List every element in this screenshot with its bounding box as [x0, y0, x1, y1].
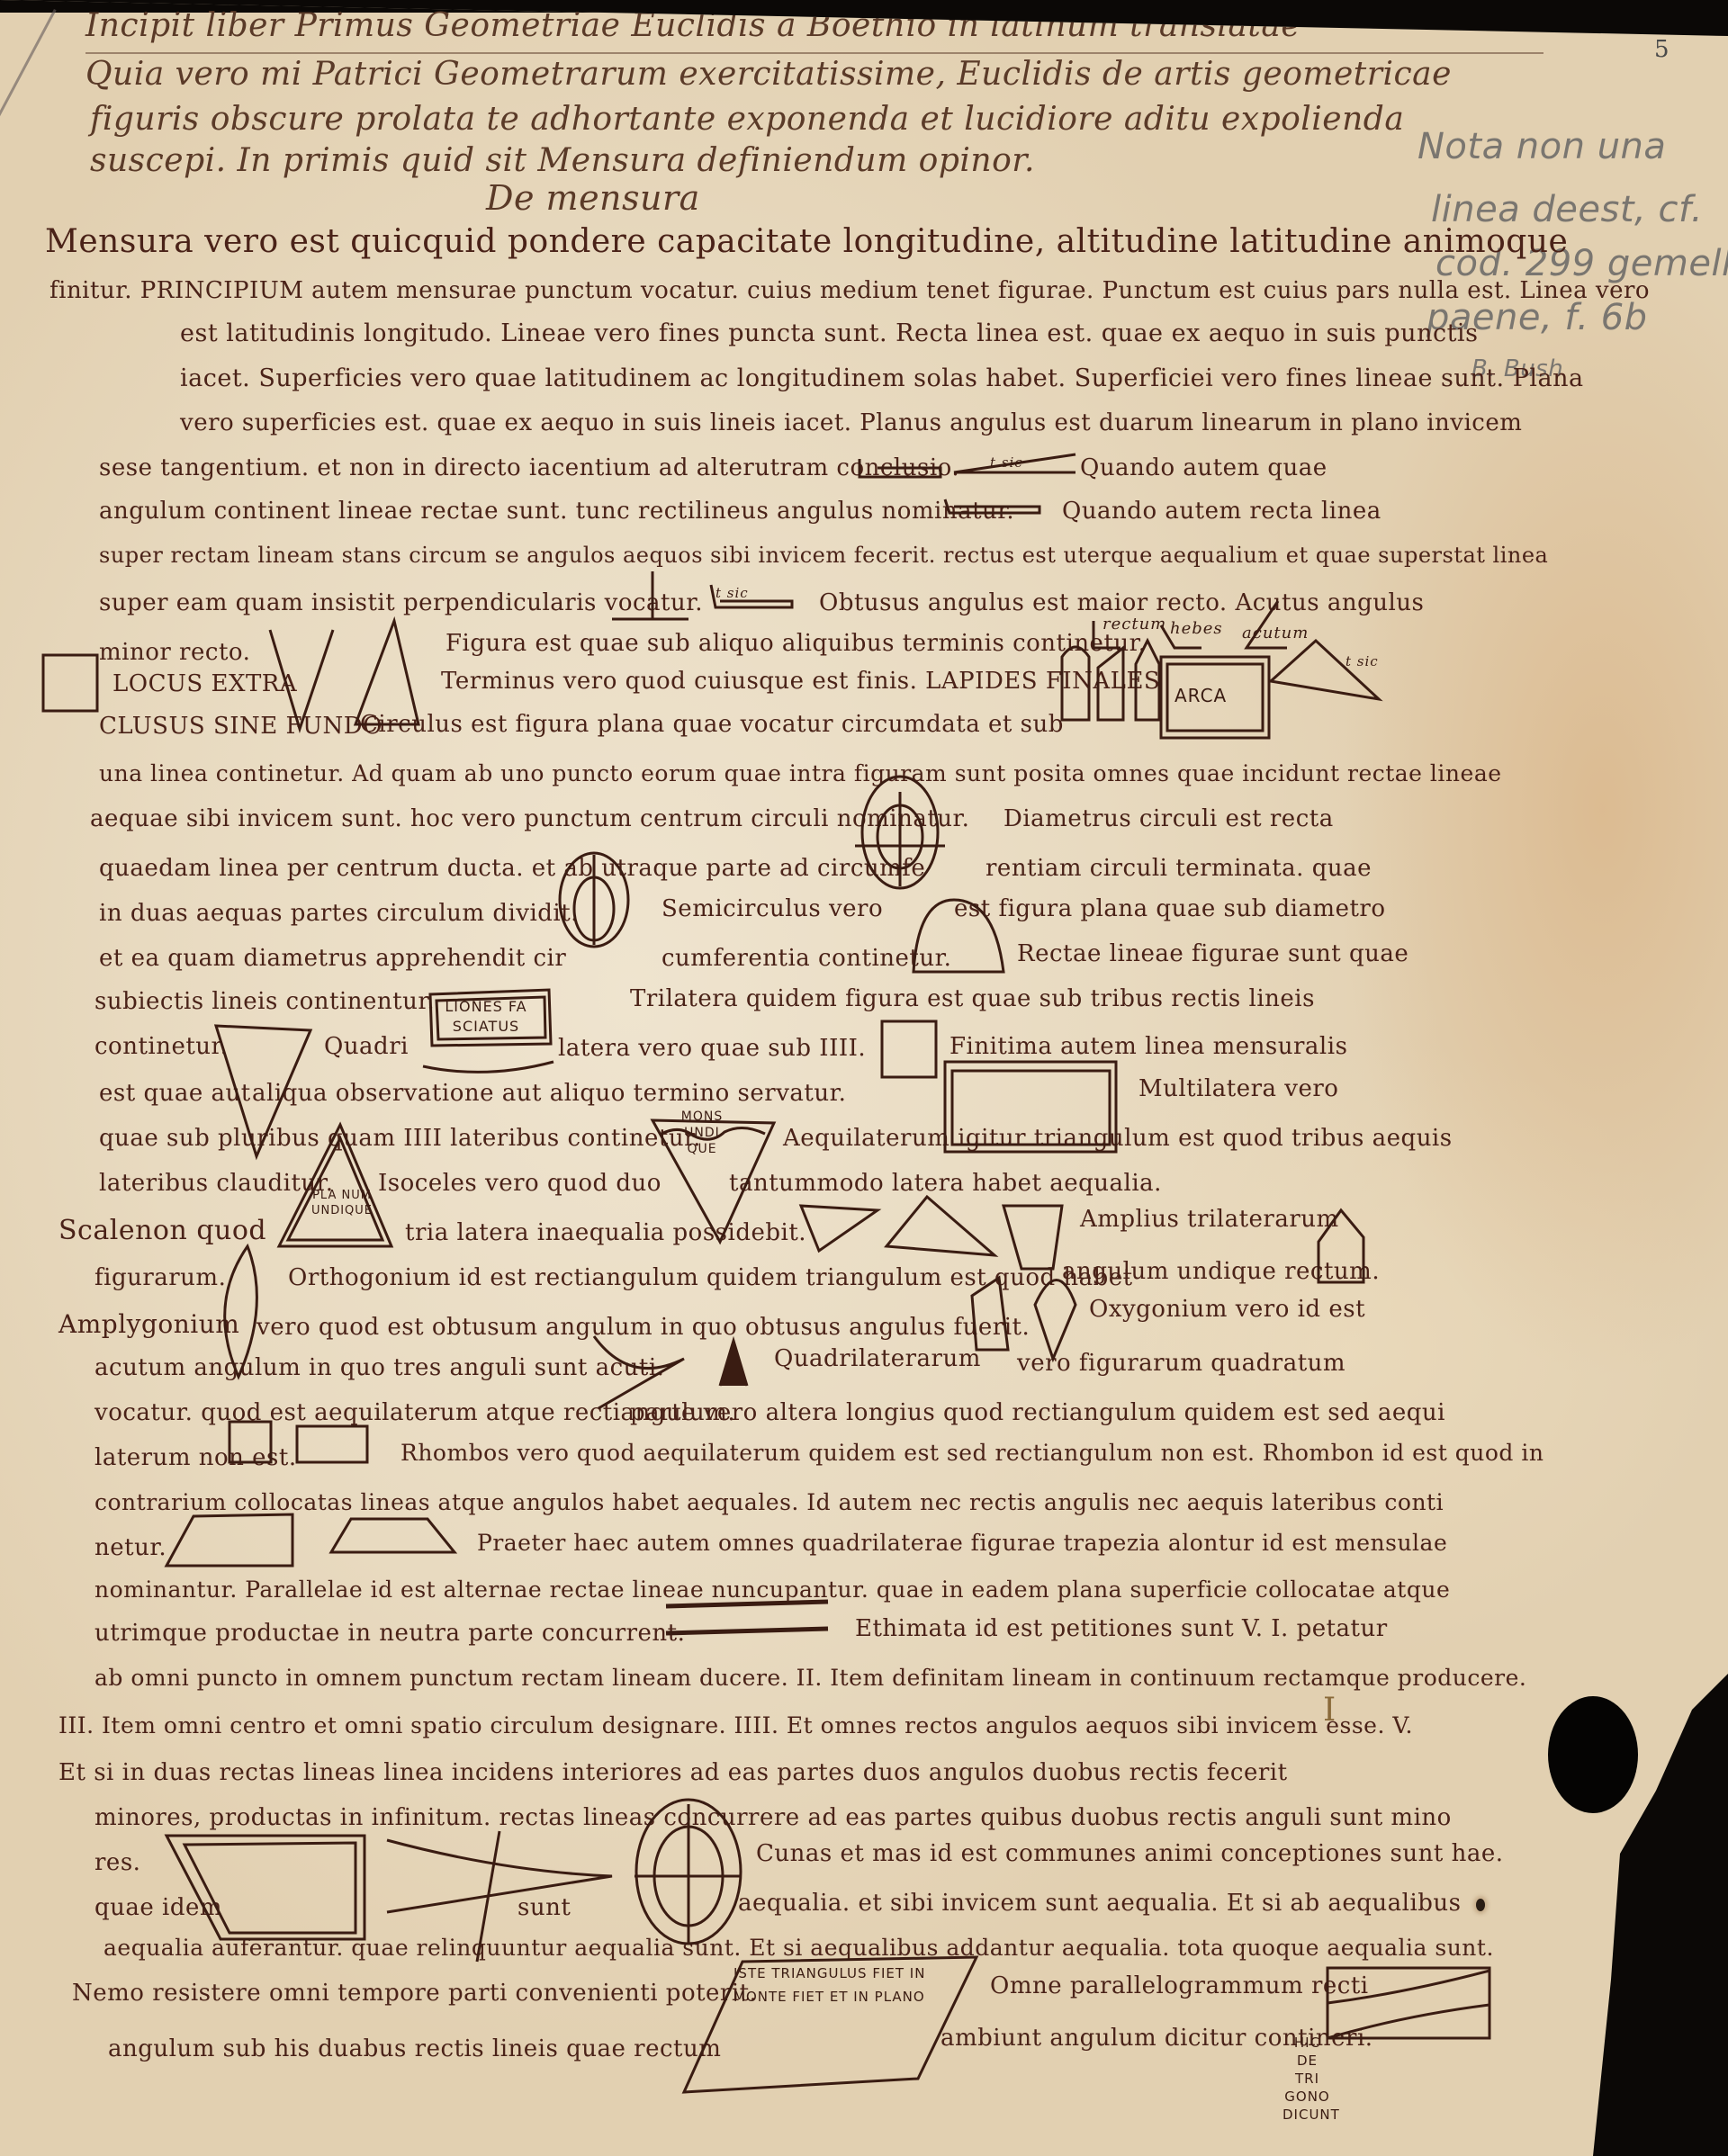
text-line: et ea quam diametrus apprehendit cir [99, 945, 566, 972]
label-de-trigono: HIC DE TRI GONO DICUNT [1282, 2034, 1332, 2124]
text-line: minor recto. [99, 639, 250, 666]
text-line: Circulus est figura plana quae vocatur c… [360, 711, 1064, 738]
text-line: laterum non est. [94, 1444, 297, 1471]
triangle-figure [355, 621, 418, 724]
incipit-line: Incipit liber Primus Geometriae Euclidis… [85, 7, 1300, 44]
text-line: Omne parallelogrammum recti [990, 1972, 1369, 1999]
text-line: utrimque productae in neutra parte concu… [94, 1620, 685, 1647]
label-arca: ARCA [1174, 686, 1227, 705]
text-line: Terminus vero quod cuiusque est finis. L… [441, 668, 1160, 695]
text-line: III. Item omni centro et omni spatio cir… [58, 1712, 1413, 1738]
text-line: Semicirculus vero [661, 895, 883, 922]
text-line: Aequilaterum igitur triangulum est quod … [783, 1125, 1453, 1152]
text-line: res. [94, 1849, 140, 1876]
text-line: sese tangentium. et non in directo iacen… [99, 454, 959, 481]
triangle-figure [886, 1197, 994, 1255]
text-line: lateribus clauditur. [99, 1170, 334, 1197]
text-line: aequae sibi invicem sunt. hoc vero punct… [90, 805, 969, 832]
text-line: Praeter haec autem omnes quadrilaterae f… [477, 1530, 1447, 1556]
arch-figure [720, 1341, 747, 1386]
manuscript-page: 5 Incipit liber Primus Geometriae Euclid… [0, 0, 1728, 2156]
text-line: Quando autem recta linea [1062, 498, 1381, 525]
text-line: Finitima autem linea mensuralis [949, 1033, 1347, 1060]
preface-line: suscepi. In primis quid sit Mensura defi… [90, 142, 1035, 179]
text-line: Amplygonium [58, 1309, 239, 1339]
text-line: LOCUS EXTRA [112, 670, 297, 697]
parallel-lines-figure [666, 1602, 828, 1633]
text-line: Rectae lineae figurae sunt quae [1017, 940, 1408, 967]
locus-extra-box [43, 655, 97, 711]
text-line: ab omni puncto in omnem punctum rectam l… [94, 1665, 1526, 1691]
text-line: contrarium collocatas lineas atque angul… [94, 1489, 1444, 1515]
text-line: aliqua observatione aut aliquo termino s… [252, 1080, 846, 1107]
text-line: Nemo resistere omni tempore parti conven… [72, 1980, 757, 2007]
preface-line: figuris obscure prolata te adhortante ex… [90, 101, 1404, 138]
label-hebes: hebes [1170, 619, 1223, 639]
text-line: super rectam lineam stans circum se angu… [99, 543, 1548, 568]
text-line: est quae aut [99, 1080, 251, 1107]
text-line: aequalia. et sibi invicem sunt aequalia.… [738, 1890, 1462, 1917]
text-line: vero quod est obtusum angulum in quo obt… [256, 1314, 1030, 1341]
label-rectum: rectum [1102, 615, 1166, 634]
text-line: Mensura vero est quicquid pondere capaci… [45, 223, 1568, 260]
pencil-slash [0, 9, 57, 146]
text-line: aequalia auferantur. quae relinquuntur a… [103, 1935, 1494, 1961]
text-line: Rhombos vero quod aequilaterum quidem es… [400, 1440, 1543, 1466]
text-line: quae sub pluribus quam IIII lateribus co… [99, 1125, 701, 1152]
text-line: quae idem [94, 1894, 222, 1921]
trapezium-figure [166, 1836, 364, 1939]
text-line: Oxygonium vero id est [1089, 1296, 1365, 1323]
parchment-pinhole [1476, 1899, 1485, 1911]
text-line: vero superficies est. quae ex aequo in s… [180, 409, 1522, 436]
text-line: Diametrus circuli est recta [1003, 805, 1334, 832]
sic-note: t sic [990, 453, 1023, 472]
text-line: Trilatera quidem figura est quae sub tri… [630, 985, 1315, 1012]
text-line: CLUSUS SINE FUNDO [99, 713, 382, 740]
text-line: finitur. PRINCIPIUM autem mensurae punct… [49, 277, 1650, 304]
text-line: iacet. Superficies vero quae latitudinem… [180, 364, 1584, 392]
text-line: angulum continent lineae rectae sunt. tu… [99, 498, 1014, 525]
margin-note-line: Nota non una [1417, 126, 1666, 167]
text-line: quaedam linea per centrum ducta. et ab u… [99, 855, 925, 882]
text-line: in duas aequas partes circulum dividit. [99, 900, 579, 927]
section-title: De mensura [486, 178, 700, 218]
folio-number: 5 [1654, 36, 1669, 63]
header-rule [85, 52, 1543, 54]
text-line: Amplius trilaterarum [1080, 1206, 1339, 1233]
tall-trapezoid [1003, 1206, 1062, 1269]
text-line: acutum angulum in quo tres anguli sunt a… [94, 1354, 664, 1381]
underline-figure [423, 1062, 553, 1072]
scalene-triangle [801, 1206, 877, 1251]
text-line: latera vero quae sub IIII. [558, 1035, 866, 1062]
marginal-line-marker: I [1323, 1692, 1336, 1729]
label-iste-triangulus: ISTE TRIANGULUS FIET IN MONTE FIET ET IN… [733, 1962, 931, 2008]
sic-note: t sic [1345, 651, 1379, 671]
text-line: netur. [94, 1534, 166, 1561]
text-line: Quando autem quae [1080, 454, 1327, 481]
trapezium-figure [166, 1514, 292, 1566]
text-line: Multilatera vero [1138, 1075, 1338, 1102]
text-line: una linea continetur. Ad quam ab uno pun… [99, 760, 1502, 786]
text-line: vero figurarum quadratum [1017, 1350, 1345, 1377]
text-line: Cunas et mas id est communes animi conce… [756, 1840, 1503, 1867]
text-line: Obtusus angulus est maior recto. Acutus … [819, 589, 1424, 616]
preface-line: Quia vero mi Patrici Geometrarum exercit… [85, 56, 1452, 93]
square-figure [297, 1426, 367, 1462]
label-planum-undique: PLA NUM UNDIQUE [310, 1188, 373, 1218]
text-line: rentiam circuli terminata. quae [985, 855, 1372, 882]
label-acutum: acutum [1242, 624, 1309, 643]
text-line: Quadrilaterarum [774, 1345, 981, 1372]
label-liones-fasciatus: LIONES FA SCIATUS [436, 997, 535, 1037]
text-line: minores, productas in infinitum. rectas … [94, 1804, 1452, 1831]
text-line: continetur. [94, 1033, 228, 1060]
text-line: est figura plana quae sub diametro [954, 895, 1386, 922]
text-line: tantummodo latera habet aequalia. [729, 1170, 1162, 1197]
parchment-hole [1548, 1696, 1638, 1813]
text-line: Isoceles vero quod duo [378, 1170, 661, 1197]
square-figure [882, 1021, 936, 1077]
text-line: angulum undique rectum. [1062, 1258, 1380, 1285]
text-line: Orthogonium id est rectiangulum quidem t… [288, 1264, 1133, 1291]
text-line: tria latera inaequalia possidebit. [405, 1219, 806, 1246]
text-line: figurarum. [94, 1264, 226, 1291]
text-line: nominantur. Parallelae id est alternae r… [94, 1577, 1450, 1603]
text-line: Ethimata id est petitiones sunt V. I. pe… [855, 1615, 1388, 1642]
label-mons-undique: MONS UNDI QUE [670, 1109, 733, 1157]
text-line: angulum sub his duabus rectis lineis qua… [108, 2035, 721, 2062]
sic-note: t sic [715, 583, 749, 603]
kite-figure [1035, 1280, 1075, 1360]
text-line: parte vero altera longius quod rectiangu… [630, 1399, 1445, 1426]
text-line: subiectis lineis continentur. [94, 988, 435, 1015]
text-line: sunt [517, 1894, 571, 1921]
text-line: super eam quam insistit perpendicularis … [99, 589, 703, 616]
text-line: Et si in duas rectas lineas linea incide… [58, 1759, 1288, 1786]
trapezium-figure [331, 1519, 454, 1552]
text-line: Quadri [324, 1033, 409, 1060]
text-line: Figura est quae sub aliquo aliquibus ter… [445, 630, 1146, 657]
text-line: cumferentia continetur. [661, 945, 951, 972]
text-line: Scalenon quod [58, 1215, 266, 1246]
text-line: est latitudinis longitudo. Lineae vero f… [180, 319, 1478, 347]
